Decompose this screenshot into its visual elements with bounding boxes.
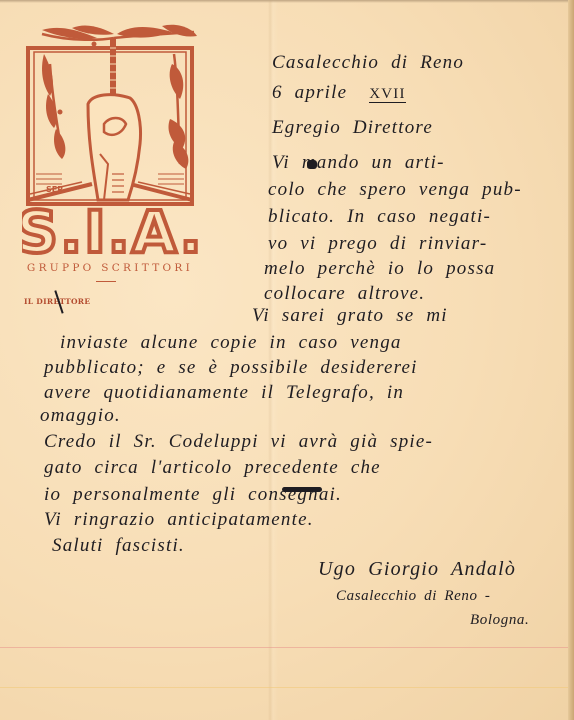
letter-page: SER S.I.A. GRUPPO SCRITTORI IL DIRETTORE… bbox=[0, 0, 574, 720]
body-line: avere quotidianamente il Telegrafo, in bbox=[44, 382, 404, 404]
body-line: blicato. In caso negati- bbox=[268, 206, 491, 228]
book-hand-branch-icon: SER S.I.A. bbox=[22, 24, 198, 264]
body-line: omaggio. bbox=[40, 405, 121, 427]
logo-signature: SER bbox=[46, 185, 63, 194]
body-line: inviaste alcune copie in caso venga bbox=[60, 332, 402, 354]
body-line: Vi ringrazio anticipatamente. bbox=[44, 509, 314, 531]
page-top-edge bbox=[0, 0, 574, 3]
body-line: Vi sarei grato se mi bbox=[252, 305, 448, 327]
body-line: Vi mando un arti- bbox=[272, 152, 445, 174]
body-line: gato circa l'articolo precedente che bbox=[44, 457, 381, 479]
salutation: Egregio Direttore bbox=[272, 117, 433, 139]
body-line: collocare altrove. bbox=[264, 283, 425, 305]
fold-line bbox=[0, 687, 568, 688]
place-line: Casalecchio di Reno bbox=[272, 52, 464, 74]
fold-line bbox=[0, 647, 568, 648]
sia-logo: SER S.I.A. bbox=[22, 24, 198, 264]
body-line: melo perchè io lo possa bbox=[264, 258, 495, 280]
signature-address-line1: Casalecchio di Reno - bbox=[336, 588, 490, 605]
body-line: Saluti fascisti. bbox=[52, 535, 185, 557]
crossed-out-word bbox=[282, 487, 322, 492]
body-line: Credo il Sr. Codeluppi vi avrà già spie- bbox=[44, 431, 433, 453]
signature-address-line2: Bologna. bbox=[470, 612, 529, 629]
logo-monogram: S.I.A. bbox=[22, 198, 198, 264]
body-line: vo vi prego di rinviar- bbox=[268, 233, 487, 255]
date-line: 6 aprile XVII bbox=[272, 82, 406, 104]
date-year: XVII bbox=[369, 86, 405, 103]
body-line: pubblicato; e se è possibile desidererei bbox=[44, 357, 418, 379]
logo-divider bbox=[96, 281, 116, 282]
signature-name: Ugo Giorgio Andalò bbox=[318, 558, 516, 581]
ink-blot bbox=[307, 160, 317, 169]
date-day-month: 6 aprile bbox=[272, 82, 347, 103]
logo-subtitle: GRUPPO SCRITTORI bbox=[20, 262, 200, 274]
body-line: colo che spero venga pub- bbox=[268, 179, 522, 201]
page-right-edge bbox=[568, 0, 574, 720]
